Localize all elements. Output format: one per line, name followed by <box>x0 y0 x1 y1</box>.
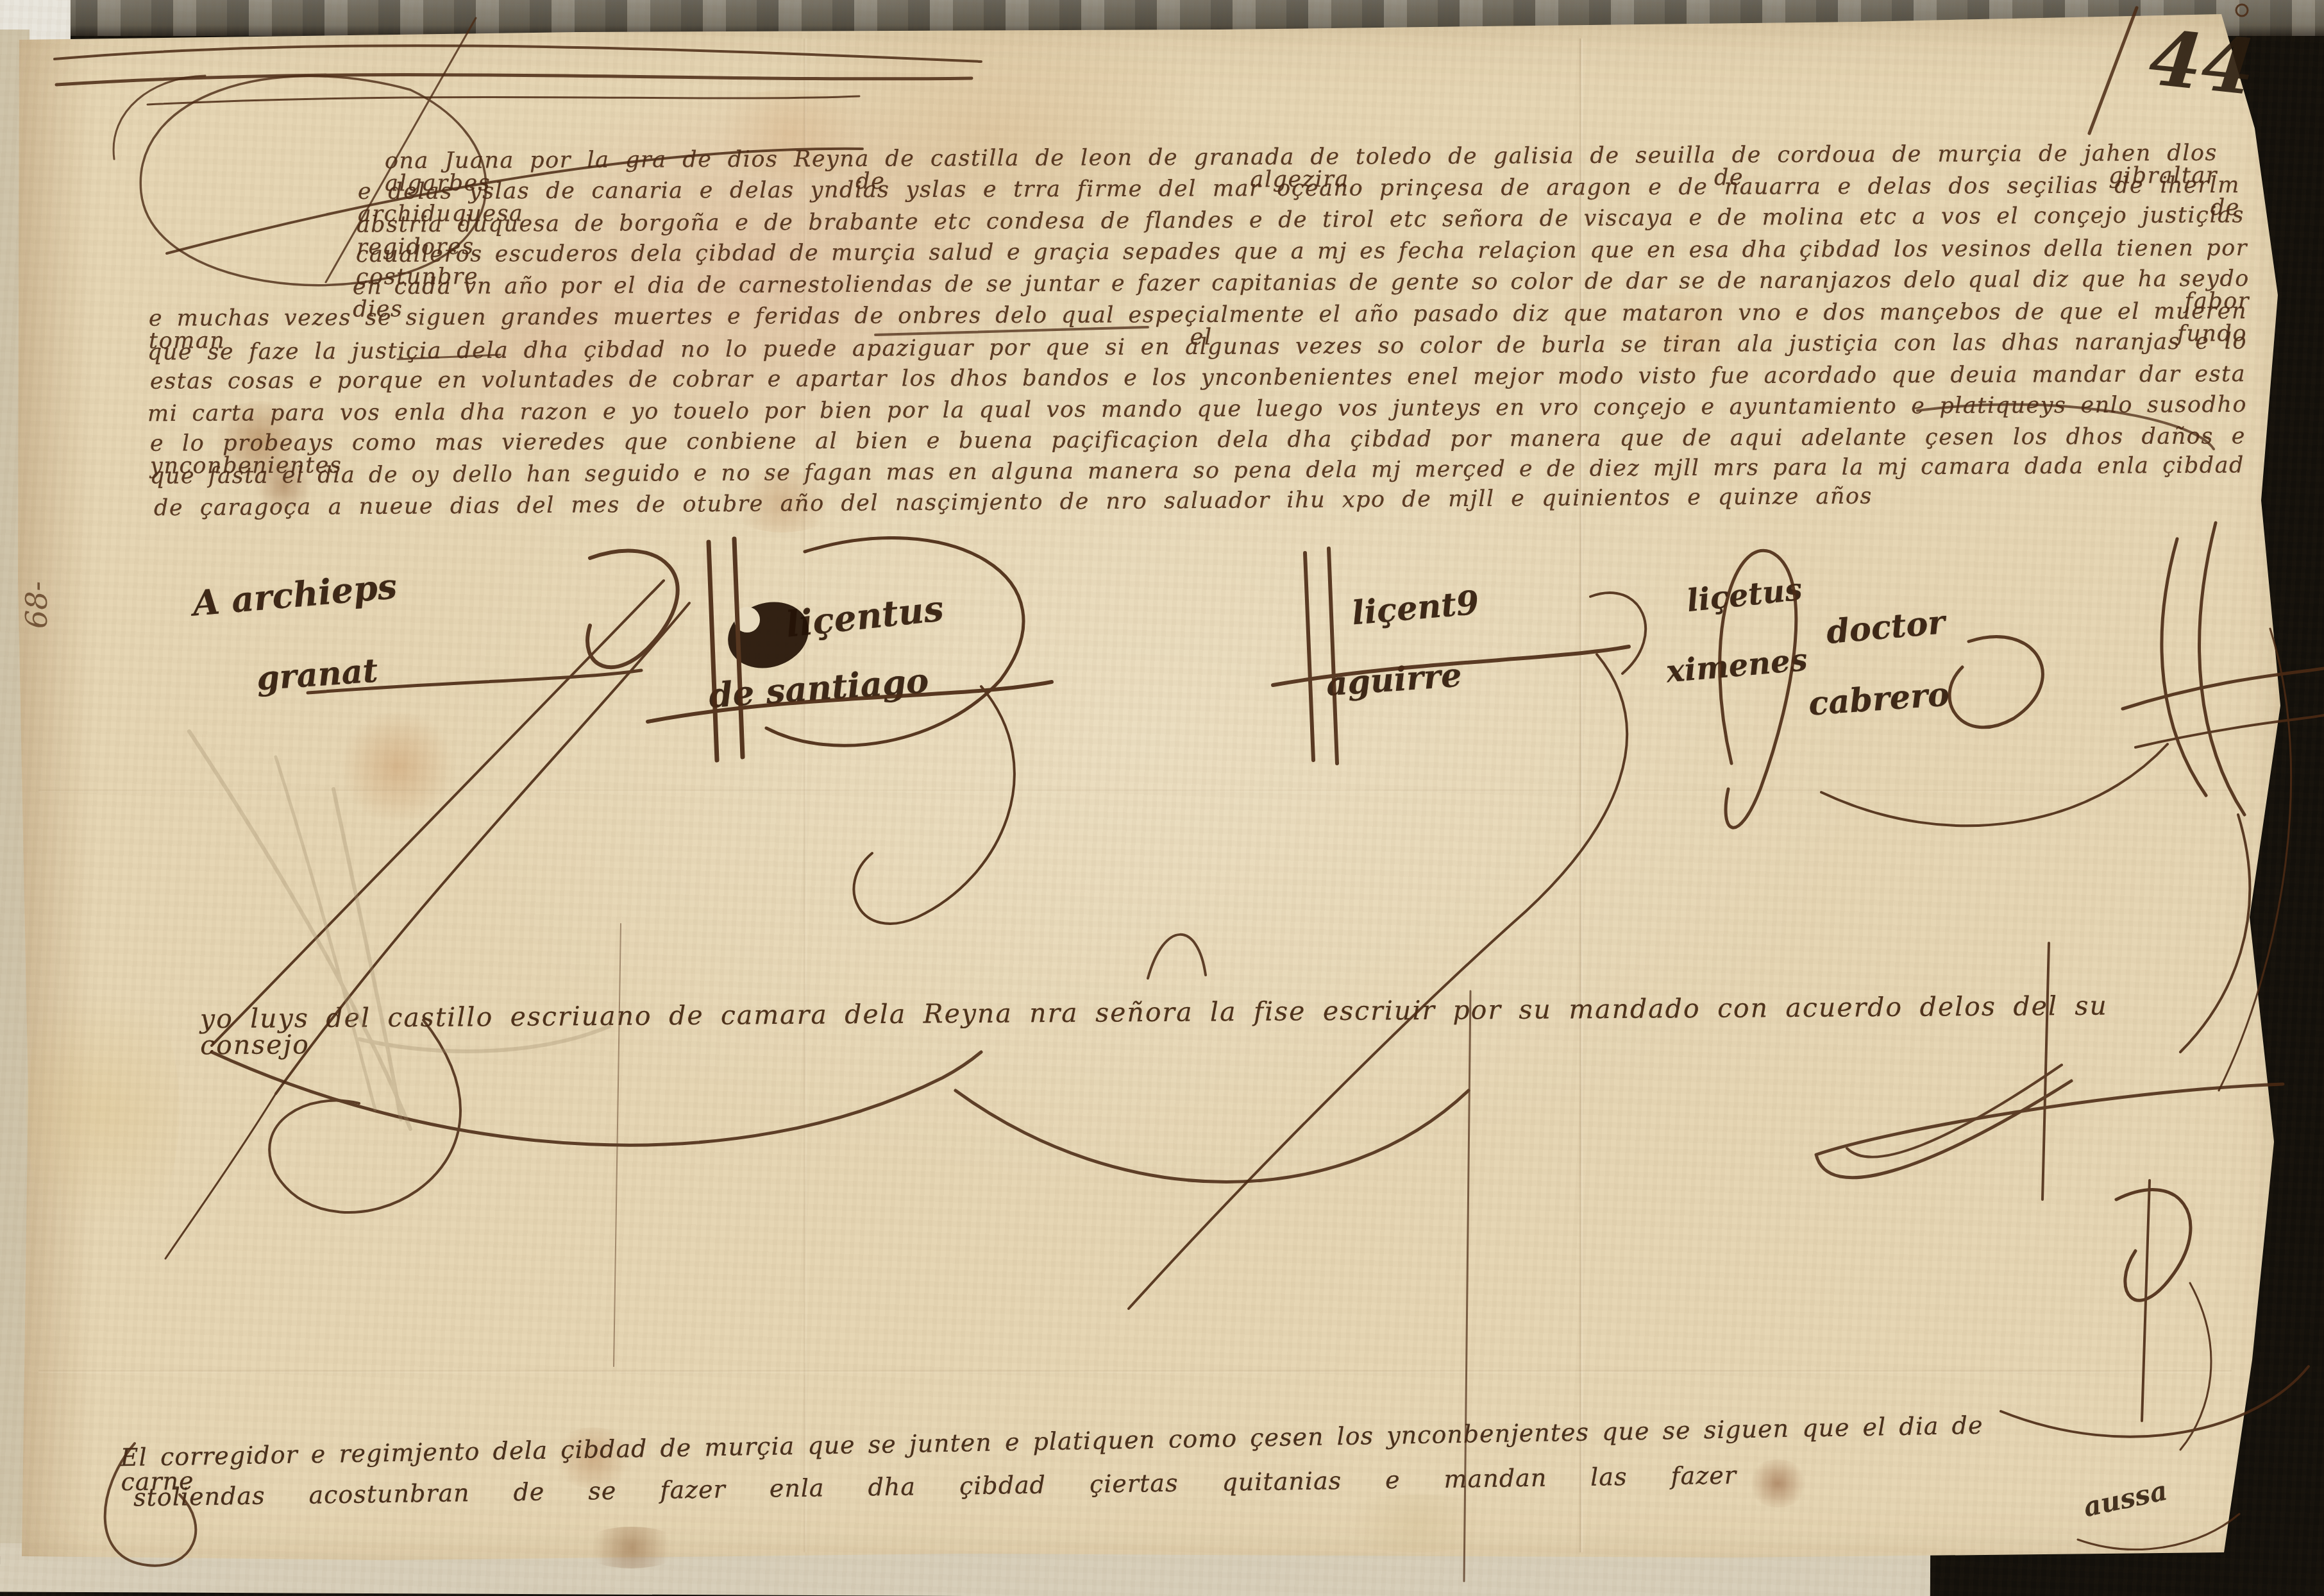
manuscript-scan: 44 68- ona Juana por la gra de dios Reyn… <box>0 0 2324 1596</box>
folio-number: 44 <box>2145 13 2259 112</box>
spine-number: 68- <box>19 581 54 629</box>
